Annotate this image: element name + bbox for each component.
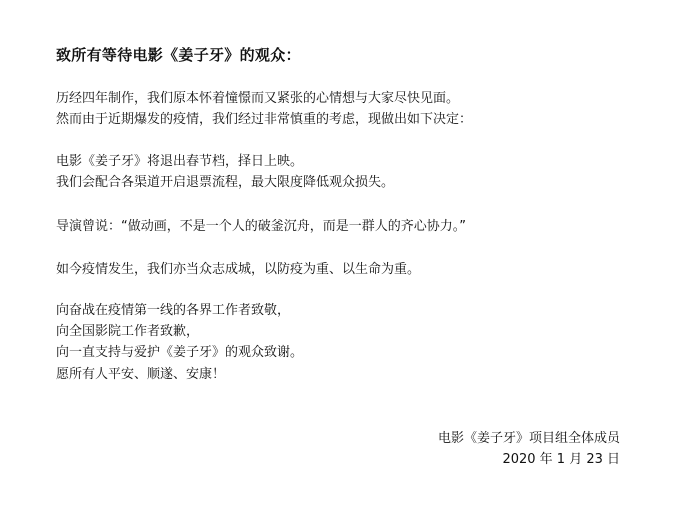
paragraph-5-line-3: 向一直支持与爱护《姜子牙》的观众致谢。 [56,342,303,363]
paragraph-4-line-1: 如今疫情发生，我们亦当众志成城，以防疫为重、以生命为重。 [56,259,420,280]
paragraph-5-line-1: 向奋战在疫情第一线的各界工作者致敬， [56,300,290,321]
signature-date: 2020 年 1 月 23 日 [502,449,620,470]
paragraph-2-line-1: 电影《姜子牙》将退出春节档，择日上映。 [56,151,303,172]
paragraph-5-line-4: 愿所有人平安、顺遂、安康！ [56,364,225,385]
letter-title: 致所有等待电影《姜子牙》的观众： [56,44,301,65]
paragraph-5-line-2: 向全国影院工作者致歉， [56,321,199,342]
paragraph-1-line-1: 历经四年制作，我们原本怀着憧憬而又紧张的心情想与大家尽快见面。 [56,88,459,109]
signature-team: 电影《姜子牙》项目组全体成员 [438,428,620,449]
paragraph-1-line-2: 然而由于近期爆发的疫情，我们经过非常慎重的考虑，现做出如下决定： [56,109,472,130]
paragraph-2-line-2: 我们会配合各渠道开启退票流程，最大限度降低观众损失。 [56,172,394,193]
paragraph-3-quote: 导演曾说：“做动画，不是一个人的破釜沉舟，而是一群人的齐心协力。” [56,216,466,237]
